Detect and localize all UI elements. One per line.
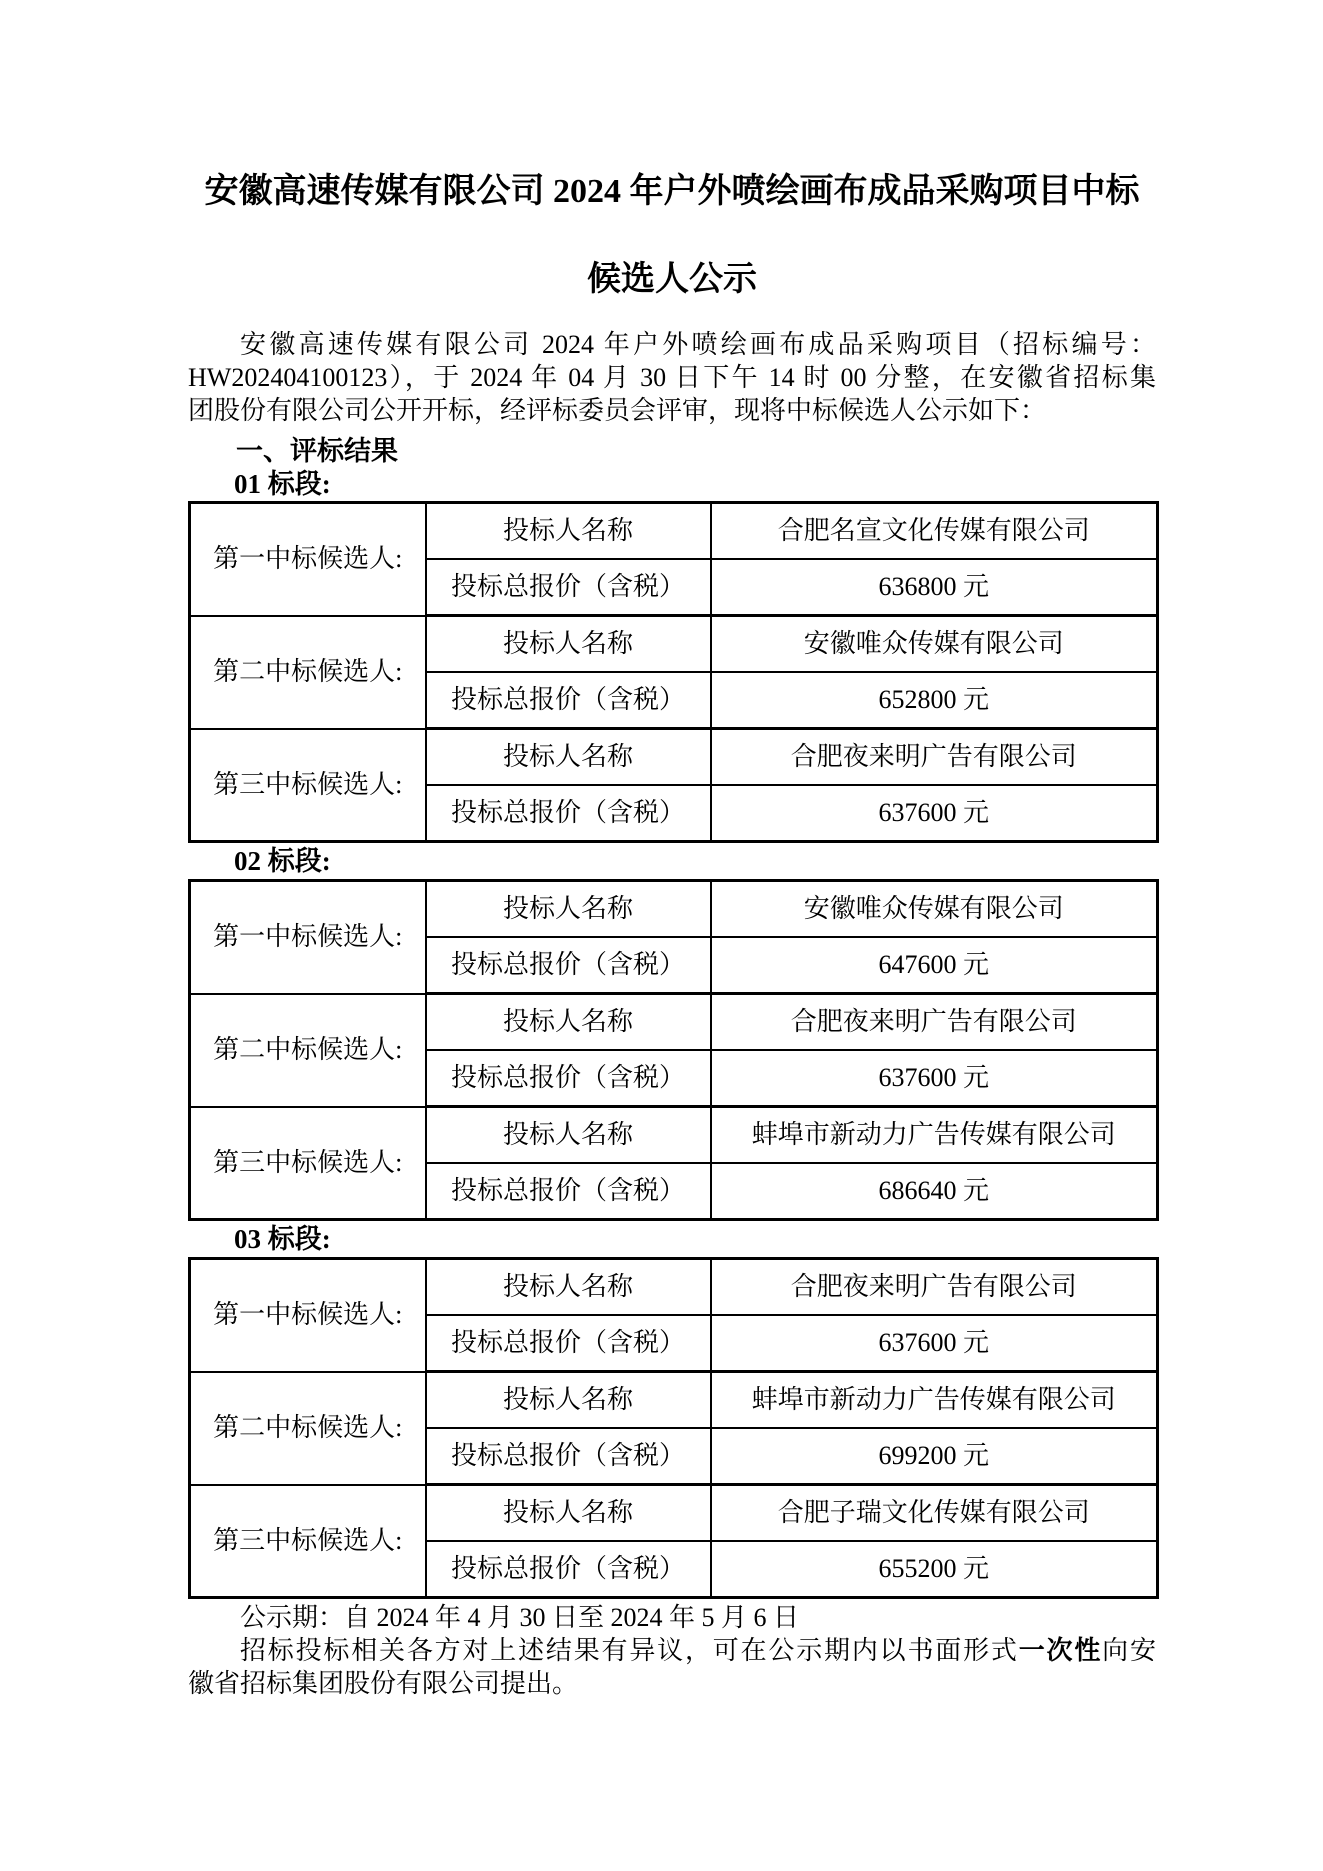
publicity-period: 公示期：自 2024 年 4 月 30 日至 2024 年 5 月 6 日 [188, 1601, 1156, 1634]
page-title: 安徽高速传媒有限公司 2024 年户外喷绘画布成品采购项目中标 候选人公示 [188, 0, 1156, 324]
bid-section-01-heading: 01 标段: [188, 468, 1156, 501]
price-value-cell: 652800 元 [711, 672, 1158, 729]
intro-line-2: HW202404100123），于 2024 年 04 月 30 日下午 14 … [188, 361, 1156, 394]
objection-text-suffix: 向安 [1102, 1636, 1156, 1665]
bidder-company-cell: 合肥夜来明广告有限公司 [711, 729, 1158, 786]
price-label-cell: 投标总报价（含税） [426, 1163, 711, 1220]
table-row: 第一中标候选人: 投标人名称 合肥名宣文化传媒有限公司 [190, 503, 1158, 560]
rank-cell: 第二中标候选人: [190, 1372, 426, 1485]
bid-section-02-heading: 02 标段: [188, 843, 1156, 879]
price-value-cell: 655200 元 [711, 1541, 1158, 1598]
price-value-cell: 686640 元 [711, 1163, 1158, 1220]
table-row: 第一中标候选人: 投标人名称 安徽唯众传媒有限公司 [190, 881, 1158, 938]
document-page: 安徽高速传媒有限公司 2024 年户外喷绘画布成品采购项目中标 候选人公示 安徽… [0, 0, 1323, 1871]
price-label-cell: 投标总报价（含税） [426, 1050, 711, 1107]
price-value-cell: 636800 元 [711, 559, 1158, 616]
objection-line-2: 徽省招标集团股份有限公司提出。 [188, 1667, 1156, 1700]
price-value-cell: 699200 元 [711, 1428, 1158, 1485]
price-value-cell: 637600 元 [711, 785, 1158, 842]
document-content: 安徽高速传媒有限公司 2024 年户外喷绘画布成品采购项目中标 候选人公示 安徽… [188, 0, 1156, 1700]
bidder-name-label-cell: 投标人名称 [426, 1485, 711, 1542]
bidder-company-cell: 安徽唯众传媒有限公司 [711, 881, 1158, 938]
table-row: 第一中标候选人: 投标人名称 合肥夜来明广告有限公司 [190, 1259, 1158, 1316]
table-row: 第三中标候选人: 投标人名称 合肥夜来明广告有限公司 [190, 729, 1158, 786]
bidder-name-label-cell: 投标人名称 [426, 1372, 711, 1429]
rank-cell: 第二中标候选人: [190, 994, 426, 1107]
bid-section-03-table: 第一中标候选人: 投标人名称 合肥夜来明广告有限公司 投标总报价（含税） 637… [188, 1257, 1159, 1599]
bidder-name-label-cell: 投标人名称 [426, 1107, 711, 1164]
bidder-company-cell: 蚌埠市新动力广告传媒有限公司 [711, 1107, 1158, 1164]
page-title-line2: 候选人公示 [188, 236, 1156, 324]
bidder-company-cell: 蚌埠市新动力广告传媒有限公司 [711, 1372, 1158, 1429]
bidder-company-cell: 合肥夜来明广告有限公司 [711, 1259, 1158, 1316]
bidder-company-cell: 合肥夜来明广告有限公司 [711, 994, 1158, 1051]
rank-cell: 第一中标候选人: [190, 881, 426, 994]
bid-section-02-table: 第一中标候选人: 投标人名称 安徽唯众传媒有限公司 投标总报价（含税） 6476… [188, 879, 1159, 1221]
rank-cell: 第三中标候选人: [190, 1107, 426, 1220]
page-title-line1: 安徽高速传媒有限公司 2024 年户外喷绘画布成品采购项目中标 [188, 148, 1156, 236]
price-value-cell: 637600 元 [711, 1315, 1158, 1372]
table-row: 第三中标候选人: 投标人名称 合肥子瑞文化传媒有限公司 [190, 1485, 1158, 1542]
bidder-name-label-cell: 投标人名称 [426, 729, 711, 786]
results-heading: 一、评标结果 [188, 435, 1156, 468]
rank-cell: 第三中标候选人: [190, 1485, 426, 1598]
rank-cell: 第二中标候选人: [190, 616, 426, 729]
rank-cell: 第一中标候选人: [190, 503, 426, 616]
bidder-name-label-cell: 投标人名称 [426, 994, 711, 1051]
rank-cell: 第三中标候选人: [190, 729, 426, 842]
bid-section-01-table: 第一中标候选人: 投标人名称 合肥名宣文化传媒有限公司 投标总报价（含税） 63… [188, 501, 1159, 843]
intro-line-3: 团股份有限公司公开开标，经评标委员会评审，现将中标候选人公示如下： [188, 394, 1156, 427]
intro-paragraph: 安徽高速传媒有限公司 2024 年户外喷绘画布成品采购项目（招标编号： HW20… [188, 328, 1156, 427]
bidder-company-cell: 安徽唯众传媒有限公司 [711, 616, 1158, 673]
price-label-cell: 投标总报价（含税） [426, 785, 711, 842]
price-value-cell: 637600 元 [711, 1050, 1158, 1107]
bidder-name-label-cell: 投标人名称 [426, 1259, 711, 1316]
bidder-company-cell: 合肥名宣文化传媒有限公司 [711, 503, 1158, 560]
table-row: 第二中标候选人: 投标人名称 蚌埠市新动力广告传媒有限公司 [190, 1372, 1158, 1429]
bidder-name-label-cell: 投标人名称 [426, 616, 711, 673]
footer-notes: 公示期：自 2024 年 4 月 30 日至 2024 年 5 月 6 日 招标… [188, 1601, 1156, 1700]
intro-line-1: 安徽高速传媒有限公司 2024 年户外喷绘画布成品采购项目（招标编号： [188, 328, 1156, 361]
price-label-cell: 投标总报价（含税） [426, 1541, 711, 1598]
price-label-cell: 投标总报价（含税） [426, 1315, 711, 1372]
table-row: 第二中标候选人: 投标人名称 安徽唯众传媒有限公司 [190, 616, 1158, 673]
price-value-cell: 647600 元 [711, 937, 1158, 994]
bidder-name-label-cell: 投标人名称 [426, 881, 711, 938]
bid-section-03-heading: 03 标段: [188, 1221, 1156, 1257]
table-row: 第三中标候选人: 投标人名称 蚌埠市新动力广告传媒有限公司 [190, 1107, 1158, 1164]
objection-text-prefix: 招标投标相关各方对上述结果有异议，可在公示期内以书面形式 [240, 1636, 1019, 1665]
bidder-company-cell: 合肥子瑞文化传媒有限公司 [711, 1485, 1158, 1542]
price-label-cell: 投标总报价（含税） [426, 559, 711, 616]
objection-line-1: 招标投标相关各方对上述结果有异议，可在公示期内以书面形式一次性向安 [188, 1634, 1156, 1667]
price-label-cell: 投标总报价（含税） [426, 672, 711, 729]
objection-text-bold: 一次性 [1019, 1636, 1102, 1665]
bidder-name-label-cell: 投标人名称 [426, 503, 711, 560]
table-row: 第二中标候选人: 投标人名称 合肥夜来明广告有限公司 [190, 994, 1158, 1051]
rank-cell: 第一中标候选人: [190, 1259, 426, 1372]
price-label-cell: 投标总报价（含税） [426, 937, 711, 994]
price-label-cell: 投标总报价（含税） [426, 1428, 711, 1485]
